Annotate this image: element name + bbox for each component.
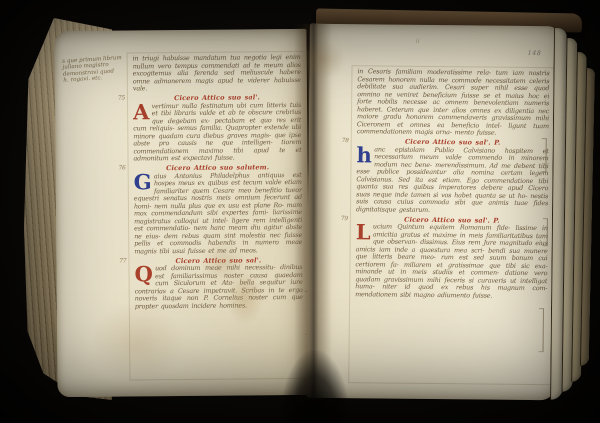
body-text: hanc epistolam Publio Calvisiano hospite… — [356, 146, 549, 216]
illuminated-initial: A — [133, 103, 152, 119]
epistle-margin-number: 76 — [119, 165, 126, 173]
illuminated-initial: G — [134, 173, 154, 189]
epistle-margin-number: 77 — [119, 258, 126, 266]
epistle-section: 78Cicero Attico suo sal'. P.hanc epistol… — [356, 137, 549, 215]
left-text-column: in triugi habuisse mandatum tua negotia … — [133, 54, 303, 310]
body-text: Quod dominum meae mihi necessitu- dinibu… — [134, 264, 302, 310]
epistle-section: 77Cicero Attico suo sal'.Quod dominum me… — [134, 255, 302, 310]
body-text: Gaius Antonius Philadelphus antiquus est… — [134, 171, 303, 255]
marginal-annotation: s que primum librum juliano magistro dem… — [62, 55, 127, 84]
photo-background: s que primum librum juliano magistro dem… — [0, 0, 600, 423]
body-text: Lucium Quintum equitem Romanum fide- lis… — [355, 223, 548, 300]
epistle-section: 76Cicero Attico suo salutem.Gaius Antoni… — [134, 163, 303, 255]
margin-bracket — [541, 138, 546, 172]
margin-bracket — [543, 218, 548, 246]
illuminated-initial: h — [357, 146, 375, 162]
epistle-margin-number: 79 — [341, 216, 348, 224]
epistle-section: 79Cicero Attico suo sal'. P.Lucium Quint… — [355, 215, 548, 301]
epistle-section: 75Cicero Attico suo sal'.Avertimur nulla… — [133, 93, 302, 163]
body-text: in triugi habuisse mandatum tua negotia … — [133, 54, 301, 93]
left-page: s que primum librum juliano magistro dem… — [54, 29, 309, 397]
folio-number: 148 — [528, 49, 542, 57]
right-page: ii 148 in Cesaris familiam moderatissime… — [306, 24, 560, 401]
body-text: in Cesaris familiam moderatissime rela- … — [357, 68, 550, 138]
illuminated-initial: Q — [134, 265, 155, 281]
epistle-margin-number: 75 — [118, 95, 125, 103]
quire-mark: ii — [416, 38, 420, 45]
margin-bracket — [539, 308, 544, 352]
continuation-text: in triugi habuisse mandatum tua negotia … — [133, 54, 301, 93]
epistle-margin-number: 78 — [342, 138, 349, 146]
right-text-column: in Cesaris familiam moderatissime rela- … — [355, 68, 549, 300]
continuation-text: in Cesaris familiam moderatissime rela- … — [357, 68, 550, 138]
illuminated-initial: L — [356, 223, 373, 239]
body-text: Avertimur nulla festinatum ubi cum litte… — [133, 101, 302, 162]
